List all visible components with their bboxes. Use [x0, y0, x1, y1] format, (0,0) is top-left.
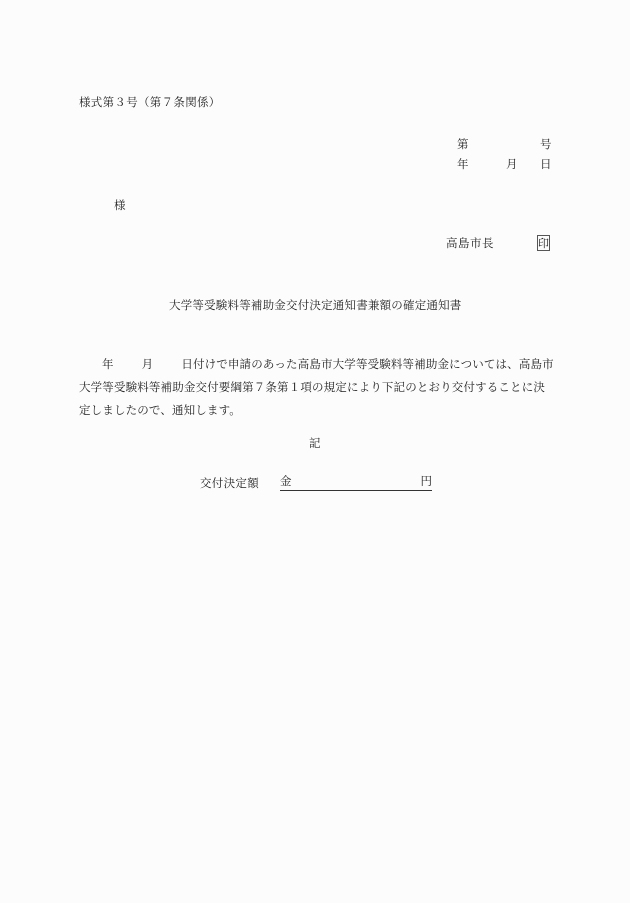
date-day-label: 日: [540, 159, 552, 171]
seal-stamp-icon: 印: [537, 235, 550, 251]
form-number-label: 様式第３号（第７条関係）: [79, 97, 221, 109]
grant-amount-field: 金 円: [280, 476, 432, 491]
body-line-3: 定しましたので、通知します。: [79, 399, 559, 422]
body-month-label: 月: [142, 357, 154, 371]
document-number-suffix: 号: [540, 139, 552, 151]
body-line-1: 年月日付けで申請のあった高島市大学等受験料等補助金については、高島市: [79, 353, 559, 376]
document-title: 大学等受験料等補助金交付決定通知書兼額の確定通知書: [169, 300, 462, 312]
ki-heading: 記: [309, 438, 321, 450]
body-line-2: 大学等受験料等補助金交付要綱第７条第１項の規定により下記のとおり交付することに決: [79, 376, 559, 399]
recipient-honorific: 様: [114, 200, 126, 212]
amount-prefix: 金: [280, 476, 292, 488]
date-month-label: 月: [506, 159, 518, 171]
body-line-1-text: 日付けで申請のあった高島市大学等受験料等補助金については、高島市: [181, 357, 553, 371]
amount-suffix: 円: [421, 476, 433, 488]
date-year-label: 年: [457, 159, 469, 171]
body-paragraph: 年月日付けで申請のあった高島市大学等受験料等補助金については、高島市 大学等受験…: [79, 353, 559, 422]
grant-amount-label: 交付決定額: [200, 478, 259, 490]
issuer-name: 高島市長: [446, 238, 494, 250]
body-year-label: 年: [102, 357, 114, 371]
document-number-prefix: 第: [457, 139, 469, 151]
